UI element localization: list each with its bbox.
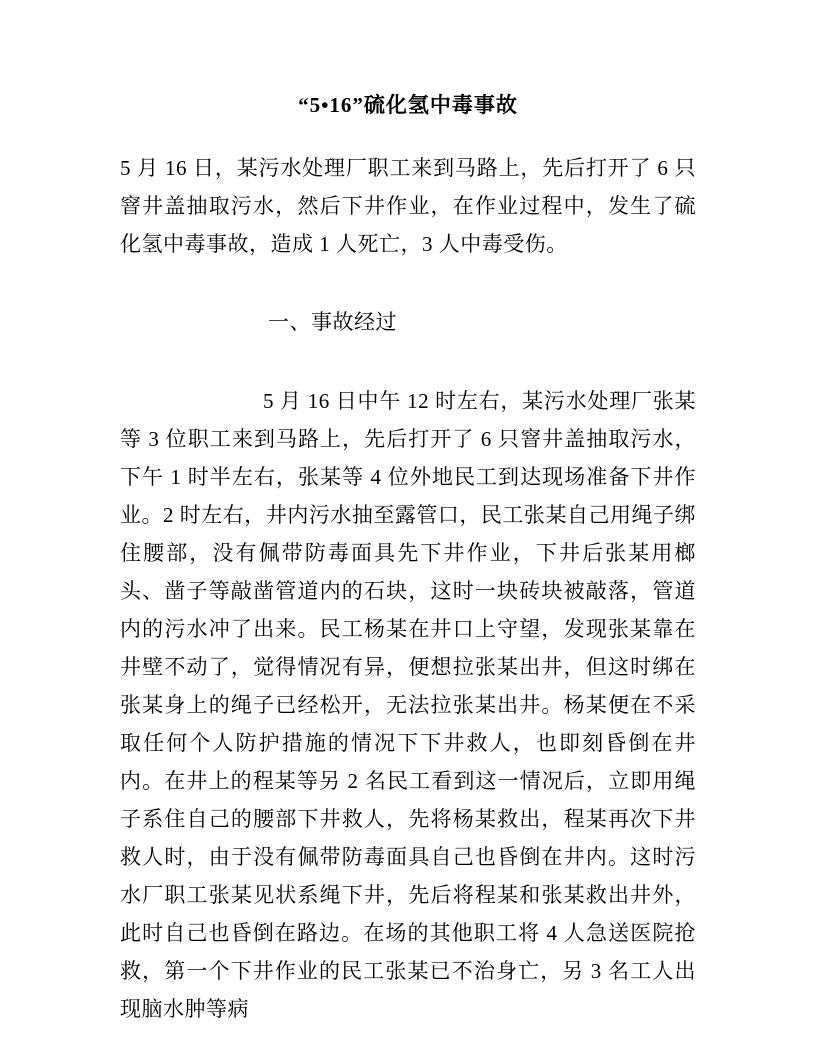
document-title: “5•16”硫化氢中毒事故 bbox=[120, 86, 696, 124]
document-page: “5•16”硫化氢中毒事故 5 月 16 日，某污水处理厂职工来到马路上，先后打… bbox=[0, 0, 816, 1056]
section-body-paragraph: 5 月 16 日中午 12 时左右，某污水处理厂张某等 3 位职工来到马路上，先… bbox=[120, 382, 696, 1028]
intro-paragraph: 5 月 16 日，某污水处理厂职工来到马路上，先后打开了 6 只窨井盖抽取污水，… bbox=[120, 149, 696, 263]
section-heading-accident-course: 一、事故经过 bbox=[120, 303, 696, 341]
